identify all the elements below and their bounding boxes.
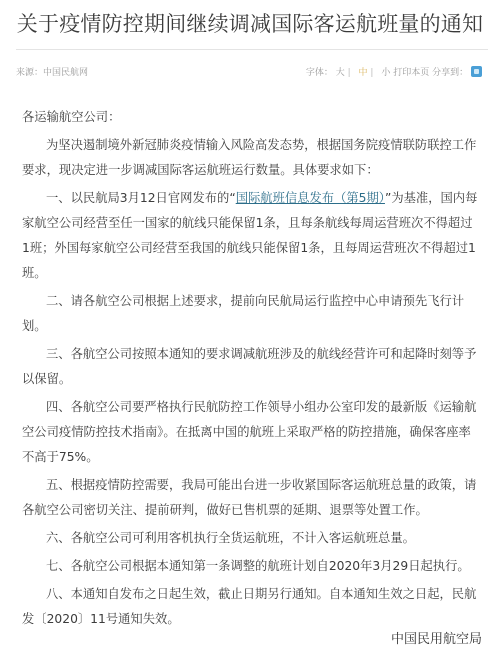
article-tools: 字体： 大 | 中 | 小 打印本页 分享到： [306, 65, 482, 81]
share-label: 分享到： [432, 68, 468, 78]
item-2: 二、请各航空公司根据上述要求，提前向民航局运行监控中心申请预先飞行计划。 [22, 289, 478, 339]
item-4: 四、各航空公司要严格执行民航防控工作领导小组办公室印发的最新版《运输航空公司疫情… [22, 395, 478, 470]
separator: | [370, 68, 373, 78]
article-title: 关于疫情防控期间继续调减国际客运航班量的通知 [0, 12, 500, 36]
salutation: 各运输航空公司： [22, 105, 478, 130]
issuer-signature: 中国民用航空局 [391, 628, 482, 647]
article-meta-bar: 来源：中国民航网 字体： 大 | 中 | 小 打印本页 分享到： [16, 65, 488, 81]
item-3: 三、各航空公司按照本通知的要求调减航班涉及的航线经营许可和起降时刻等予以保留。 [22, 342, 478, 392]
item-6: 六、各航空公司可利用客机执行全货运航班，不计入客运航班总量。 [22, 526, 478, 551]
flight-info-link[interactable]: 国际航班信息发布（第5期） [236, 191, 385, 205]
font-size-small[interactable]: 小 [381, 68, 390, 78]
article-source: 来源：中国民航网 [16, 65, 88, 81]
separator: | [348, 68, 351, 78]
item-7: 七、各航空公司根据本通知第一条调整的航班计划自2020年3月29日起执行。 [22, 554, 478, 579]
item-1-before-link: 一、以民航局3月12日官网发布的“ [46, 191, 236, 205]
intro-paragraph: 为坚决遏制境外新冠肺炎疫情输入风险高发态势，根据国务院疫情联防联控工作要求，现决… [22, 133, 478, 183]
print-page-link[interactable]: 打印本页 [393, 68, 429, 78]
item-1: 一、以民航局3月12日官网发布的“国际航班信息发布（第5期）”为基准，国内每家航… [22, 186, 478, 286]
font-size-label: 字体： [306, 68, 333, 78]
article-body: 各运输航空公司： 为坚决遏制境外新冠肺炎疫情输入风险高发态势，根据国务院疫情联防… [22, 105, 478, 635]
item-5: 五、根据疫情防控需要，我局可能出台进一步收紧国际客运航班总量的政策，请各航空公司… [22, 473, 478, 523]
font-size-medium[interactable]: 中 [359, 68, 368, 78]
item-8: 八、本通知自发布之日起生效，截止日期另行通知。自本通知生效之日起，民航发〔202… [22, 582, 478, 632]
title-divider [16, 49, 488, 50]
font-size-large[interactable]: 大 [336, 68, 345, 78]
share-icon[interactable] [471, 66, 482, 77]
